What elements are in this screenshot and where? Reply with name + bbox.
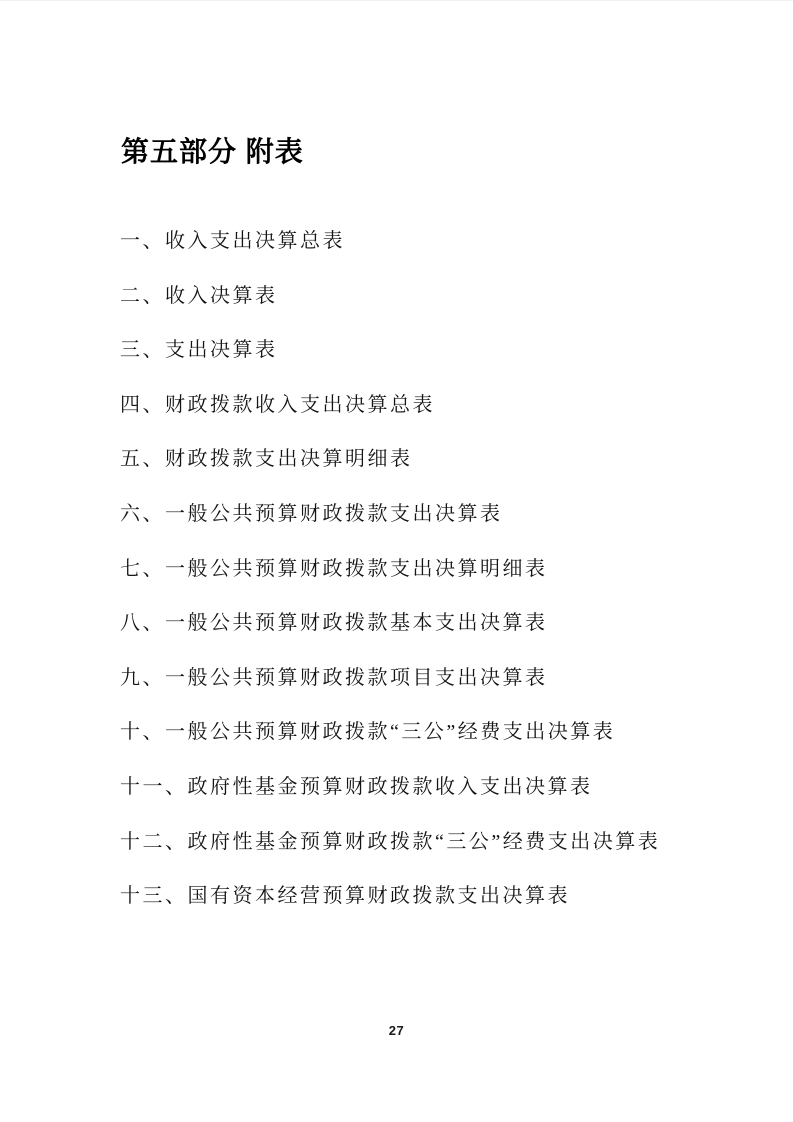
list-item: 三、支出决算表 [120,323,733,378]
appendix-table-list: 一、收入支出决算总表 二、收入决算表 三、支出决算表 四、财政拨款收入支出决算总… [120,214,733,924]
list-item: 一、收入支出决算总表 [120,214,733,269]
page-title: 第五部分 附表 [121,135,304,169]
list-item: 二、收入决算表 [120,269,733,324]
list-item: 十、一般公共预算财政拨款“三公”经费支出决算表 [120,705,733,760]
page-number: 27 [0,1023,793,1038]
list-item: 四、财政拨款收入支出决算总表 [120,378,733,433]
document-page: 第五部分 附表 一、收入支出决算总表 二、收入决算表 三、支出决算表 四、财政拨… [0,0,793,1122]
list-item: 十二、政府性基金预算财政拨款“三公”经费支出决算表 [120,815,733,870]
list-item: 十一、政府性基金预算财政拨款收入支出决算表 [120,760,733,815]
list-item: 八、一般公共预算财政拨款基本支出决算表 [120,596,733,651]
list-item: 十三、国有资本经营预算财政拨款支出决算表 [120,869,733,924]
list-item: 六、一般公共预算财政拨款支出决算表 [120,487,733,542]
list-item: 七、一般公共预算财政拨款支出决算明细表 [120,542,733,597]
list-item: 九、一般公共预算财政拨款项目支出决算表 [120,651,733,706]
list-item: 五、财政拨款支出决算明细表 [120,432,733,487]
